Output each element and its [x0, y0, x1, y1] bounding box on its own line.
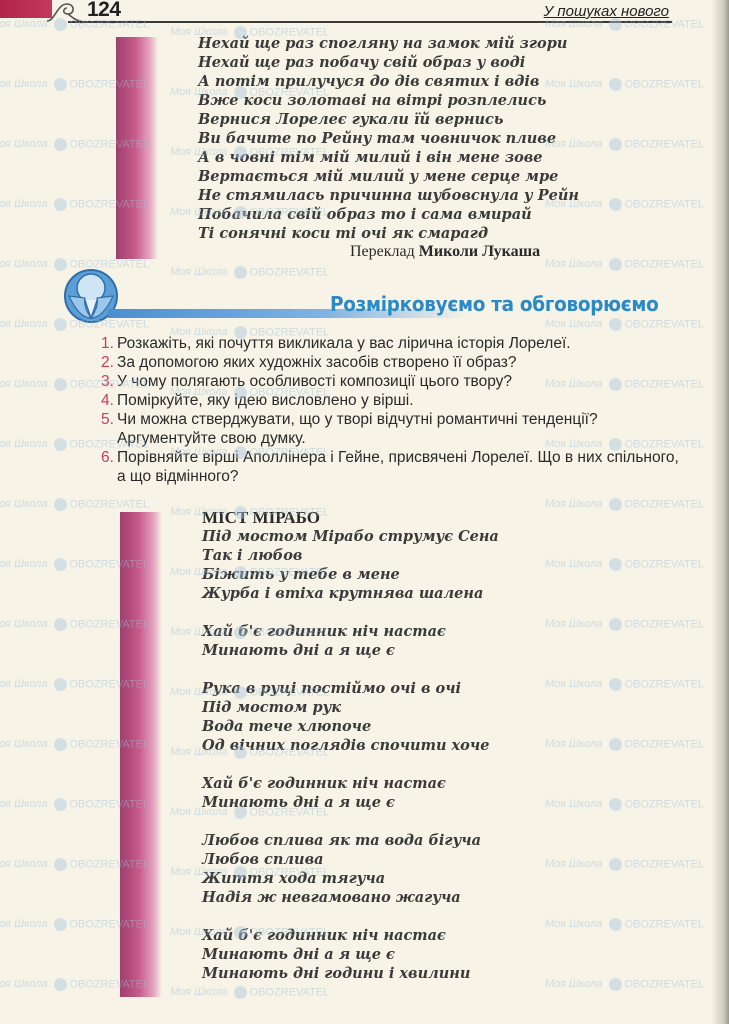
poem-line: Ті сонячні коси ті очі як смарагд [198, 224, 579, 243]
poem-line: Вернися Лорелеє гукали їй вернись [198, 110, 579, 129]
question-item: 4.Поміркуйте, яку ідею висловлено у вірш… [101, 391, 691, 410]
poem-line: Вертається мій милий у мене серце мре [198, 167, 579, 186]
stanza: Хай б'є годинник ніч настаєМинають дні а… [202, 926, 499, 983]
watermark: Моя ШколаOBOZREVATEL [545, 678, 704, 691]
question-text: Розкажіть, які почуття викликала у вас л… [117, 335, 571, 352]
question-number: 3. [101, 372, 114, 391]
watermark: Моя ШколаOBOZREVATEL [545, 258, 704, 271]
watermark: Моя ШколаOBOZREVATEL [545, 978, 704, 991]
question-item: 6.Порівняйте вірші Аполлінера і Гейне, п… [101, 448, 691, 486]
poem-line: Не стямилась причинна шубовснула у Рейн [198, 186, 579, 205]
poem-side-bar [116, 37, 158, 259]
watermark: Моя ШколаOBOZREVATEL [545, 858, 704, 871]
poem-line: Нехай ще раз спогляну на замок мій згори [198, 34, 579, 53]
poem-line: Під мостом Мірабо струмує Сена [202, 527, 499, 546]
stanza: Під мостом Мірабо струмує СенаТак і любо… [202, 527, 499, 603]
question-number: 1. [101, 334, 114, 353]
poem-line: Біжить у тебе в мене [202, 565, 499, 584]
poem-line: Так і любов [202, 546, 499, 565]
poem-line: Вже коси золотаві на вітрі розплелись [198, 91, 579, 110]
poem-line: Побачила свій образ то і сама вмирай [198, 205, 579, 224]
translator-name: Миколи Лукаша [419, 243, 540, 260]
watermark: Моя ШколаOBOZREVATEL [0, 498, 149, 511]
question-item: 5.Чи можна стверджувати, що у творі відч… [101, 410, 691, 448]
watermark: Моя ШколаOBOZREVATEL [545, 498, 704, 511]
poem-line: Хай б'є годинник ніч настає [202, 622, 499, 641]
poem-line: А в човні тім мій милий і він мене зове [198, 148, 579, 167]
stanza: Рука в руці постіймо очі в очіПід мостом… [202, 679, 499, 755]
watermark: Моя ШколаOBOZREVATEL [545, 738, 704, 751]
page-number: 124 [87, 0, 121, 22]
poem-line: Вода тече хлюпоче [202, 717, 499, 736]
question-number: 4. [101, 391, 114, 410]
question-number: 2. [101, 353, 114, 372]
poem-title: МІСТ МІРАБО [202, 508, 320, 528]
poem-line: Минають дні а я ще є [202, 641, 499, 660]
question-number: 5. [101, 410, 114, 429]
header-rule [68, 21, 672, 23]
poem-line: Минають дні а я ще є [202, 945, 499, 964]
swirl-ornament-icon [45, 0, 81, 22]
poem-line: Любов сплива як та вода бігуча [202, 831, 499, 850]
section-title: Розмірковуємо та обговорюємо [330, 292, 659, 316]
poem-line: Журба і втіха крутнява шалена [202, 584, 499, 603]
poem-line: Надія ж невгамовано жагуча [202, 888, 499, 907]
question-item: 1.Розкажіть, які почуття викликала у вас… [101, 334, 691, 353]
poem-line: Ви бачите по Рейну там човничок пливе [198, 129, 579, 148]
poem-line: Од вічних поглядів спочити хоче [202, 736, 499, 755]
question-text: Поміркуйте, яку ідею висловлено у вірші. [117, 392, 414, 409]
question-text: Порівняйте вірші Аполлінера і Гейне, при… [117, 449, 679, 485]
translator-credit: Переклад Миколи Лукаша [350, 243, 540, 261]
poem-line: А потім прилучуся до дів святих і вдів [198, 72, 579, 91]
watermark: Моя ШколаOBOZREVATEL [545, 558, 704, 571]
question-item: 2.За допомогою яких художніх засобів ств… [101, 353, 691, 372]
stanza: Хай б'є годинник ніч настаєМинають дні а… [202, 774, 499, 812]
poem-line: Під мостом рук [202, 698, 499, 717]
poem-side-bar [120, 512, 162, 997]
poem-line: Життя хода тягуча [202, 869, 499, 888]
poem-line: Любов сплива [202, 850, 499, 869]
watermark: Моя ШколаOBOZREVATEL [545, 918, 704, 931]
poem-line: Нехай ще раз побачу свій образ у воді [198, 53, 579, 72]
question-number: 6. [101, 448, 114, 467]
stanza: Хай б'є годинник ніч настаєМинають дні а… [202, 622, 499, 660]
poem-line: Хай б'є годинник ніч настає [202, 774, 499, 793]
stanza: Любов сплива як та вода бігучаЛюбов спли… [202, 831, 499, 907]
question-item: 3.У чому полягають особливості композиці… [101, 372, 691, 391]
watermark: Моя ШколаOBOZREVATEL [545, 618, 704, 631]
question-text: За допомогою яких художніх засобів створ… [117, 354, 517, 371]
running-title: У пошуках нового [544, 3, 669, 20]
poem-mirabeau: Під мостом Мірабо струмує СенаТак і любо… [202, 527, 499, 1002]
question-text: У чому полягають особливості композиції … [117, 373, 512, 390]
page-edge-shadow [711, 0, 729, 1024]
poem-line: Минають дні а я ще є [202, 793, 499, 812]
question-list: 1.Розкажіть, які почуття викликала у вас… [101, 334, 691, 486]
watermark: Моя ШколаOBOZREVATEL [170, 266, 329, 279]
watermark: Моя ШколаOBOZREVATEL [545, 798, 704, 811]
poem-line: Минають дні години і хвилини [202, 964, 499, 983]
poem-lorelei: Нехай ще раз спогляну на замок мій згори… [198, 34, 579, 243]
watermark: Моя ШколаOBOZREVATEL [545, 318, 704, 331]
question-text: Чи можна стверджувати, що у творі відчут… [117, 411, 598, 447]
poem-line: Рука в руці постіймо очі в очі [202, 679, 499, 698]
poem-line: Хай б'є годинник ніч настає [202, 926, 499, 945]
